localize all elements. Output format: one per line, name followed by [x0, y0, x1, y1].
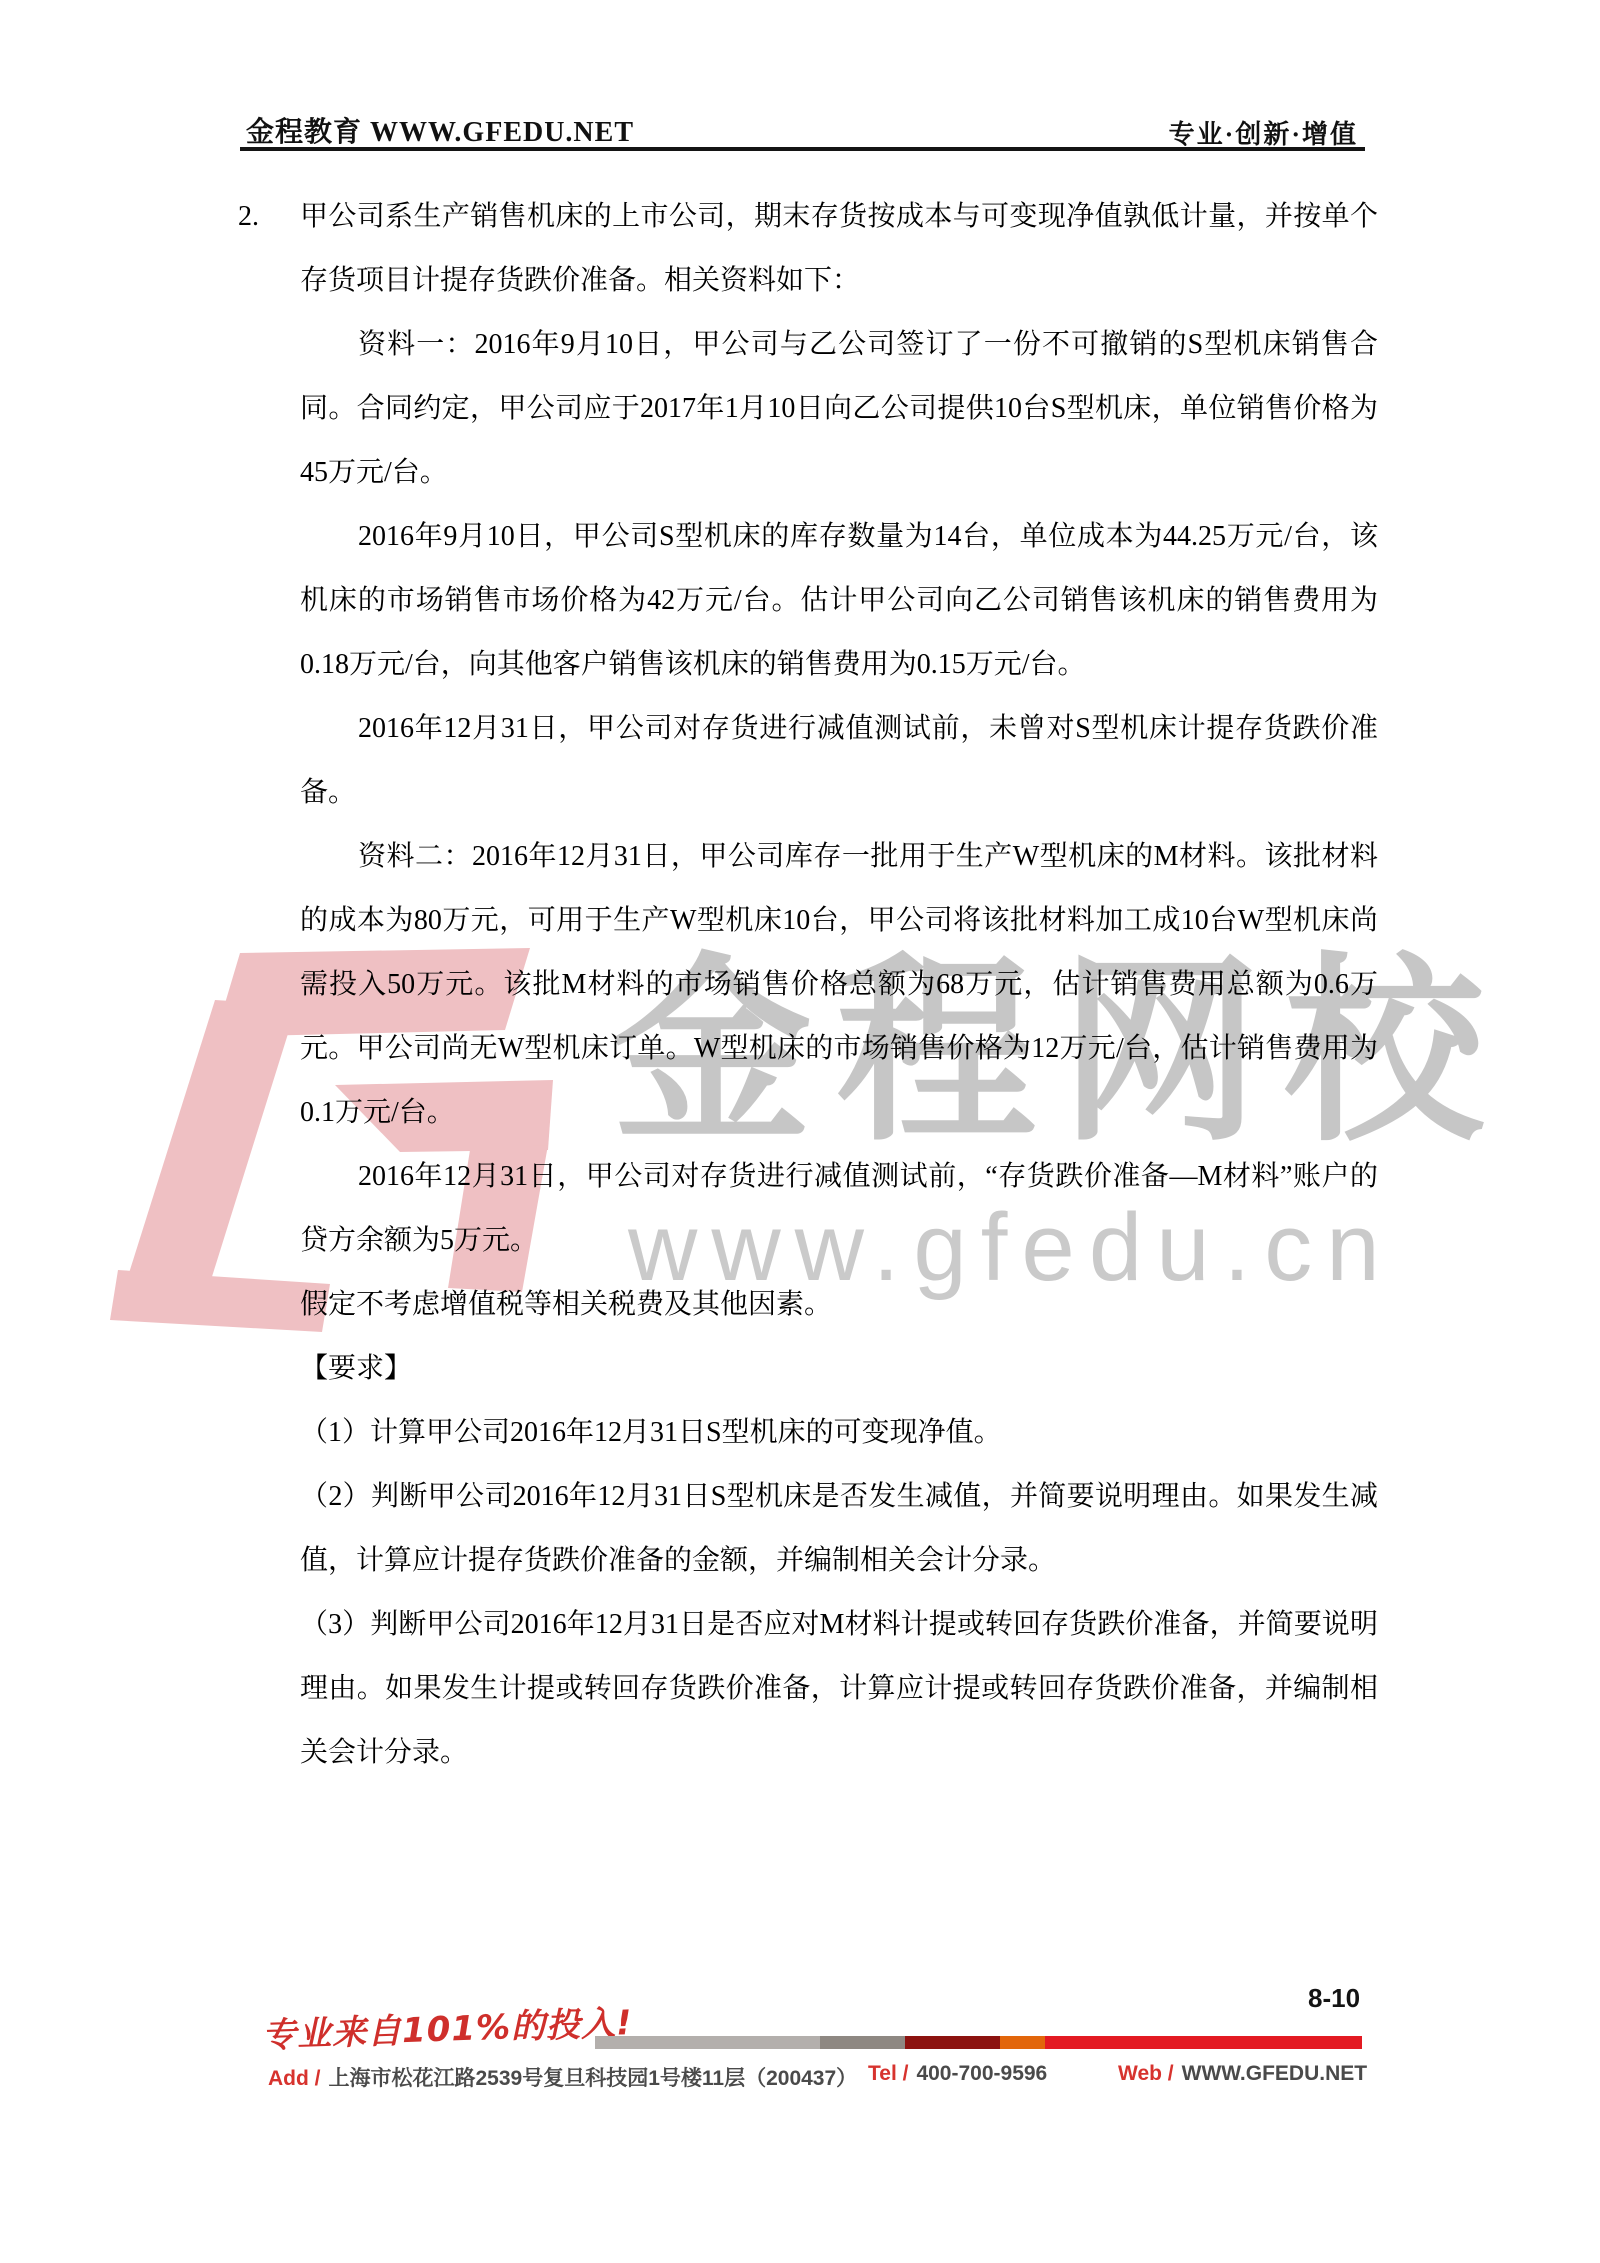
document-page: 金程教育 WWW.GFEDU.NET 专业·创新·增值 金程网校 www.gfe…: [0, 0, 1600, 2263]
footer-bar-segment-darkred: [905, 2036, 1000, 2049]
paragraph-material1-c: 2016年12月31日，甲公司对存货进行减值测试前，未曾对S型机床计提存货跌价准…: [300, 697, 1378, 825]
page-number: 8-10: [1308, 1983, 1360, 2014]
footer-slogan-script: 专业来自101%的投入!: [261, 1995, 633, 2057]
header-logo-text: 金程教育 WWW.GFEDU.NET: [246, 110, 634, 150]
paragraph-requirement-2: （2）判断甲公司2016年12月31日S型机床是否发生减值，并简要说明理由。如果…: [300, 1465, 1378, 1593]
paragraph-material2-b: 2016年12月31日，甲公司对存货进行减值测试前，“存货跌价准备—M材料”账户…: [300, 1145, 1378, 1273]
paragraph-requirement-3: （3）判断甲公司2016年12月31日是否应对M材料计提或转回存货跌价准备，并简…: [300, 1593, 1378, 1785]
footer-web-label: Web /: [1118, 2062, 1174, 2085]
footer-tel-value: 400-700-9596: [916, 2062, 1047, 2085]
footer-web: Web /WWW.GFEDU.NET: [1118, 2062, 1367, 2086]
footer-web-value: WWW.GFEDU.NET: [1182, 2062, 1367, 2085]
footer-bar-segment-red: [1045, 2036, 1362, 2049]
list-number: 2.: [238, 185, 259, 249]
footer-color-bar: [595, 2036, 1362, 2049]
footer-address-value: 上海市松花江路2539号复旦科技园1号楼11层（200437）: [329, 2067, 858, 2090]
footer-bar-segment-gray-dark: [820, 2036, 905, 2049]
paragraph-intro: 甲公司系生产销售机床的上市公司，期末存货按成本与可变现净值孰低计量，并按单个存货…: [300, 185, 1378, 313]
paragraph-material1-a: 资料一：2016年9月10日，甲公司与乙公司签订了一份不可撤销的S型机床销售合同…: [300, 313, 1378, 505]
paragraph-assumption: 假定不考虑增值税等相关税费及其他因素。: [300, 1273, 1378, 1337]
paragraph-requirements-title: 【要求】: [300, 1337, 1378, 1401]
paragraph-material2-a: 资料二：2016年12月31日，甲公司库存一批用于生产W型机床的M材料。该批材料…: [300, 825, 1378, 1145]
footer-address-label: Add /: [268, 2067, 321, 2090]
paragraph-requirement-1: （1）计算甲公司2016年12月31日S型机床的可变现净值。: [300, 1401, 1378, 1465]
header-rule: [240, 147, 1365, 151]
header-slogan: 专业·创新·增值: [1169, 114, 1358, 151]
footer-tel-label: Tel /: [868, 2062, 908, 2085]
footer-tel: Tel /400-700-9596: [868, 2062, 1047, 2086]
footer-bar-segment-gray-light: [595, 2036, 820, 2049]
footer-bar-segment-orange: [1000, 2036, 1045, 2049]
footer-address: Add /上海市松花江路2539号复旦科技园1号楼11层（200437）: [268, 2062, 857, 2092]
paragraph-material1-b: 2016年9月10日，甲公司S型机床的库存数量为14台，单位成本为44.25万元…: [300, 505, 1378, 697]
